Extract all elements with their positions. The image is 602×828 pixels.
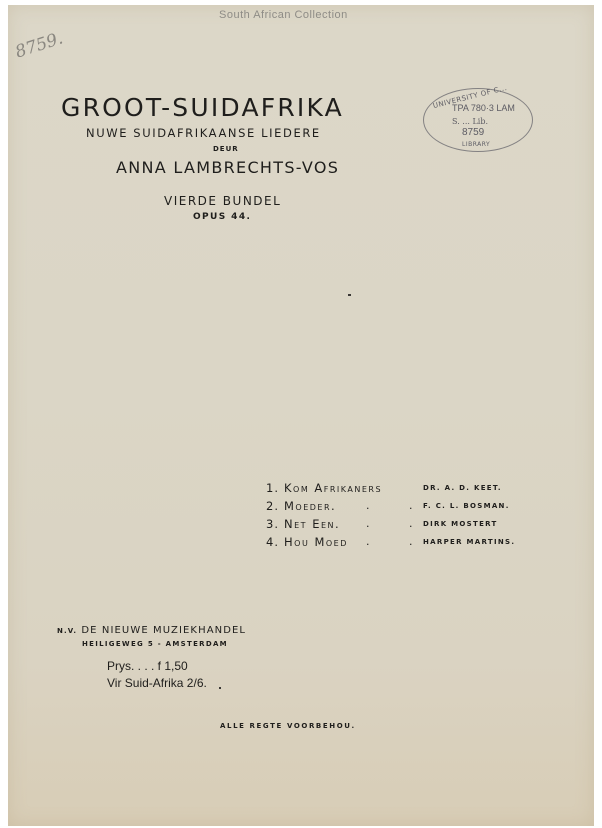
sheet-music-cover: South African Collection 8759. GROOT-SUI… xyxy=(8,5,594,826)
stamp-ring-bottom: LIBRARY xyxy=(462,141,490,148)
song-number: 1. xyxy=(266,481,279,495)
song-item: 4. Hou Moed . . HARPER MARTINS. xyxy=(266,535,536,553)
library-stamp: UNIVERSITY OF C... TPA 780·3 LAM S. ... … xyxy=(423,88,533,152)
cover-title: GROOT-SUIDAFRIKA xyxy=(61,93,344,122)
accession-number: 8759 xyxy=(462,127,484,138)
rights-notice: ALLE REGTE VOORBEHOU. xyxy=(220,722,356,730)
song-number: 2. xyxy=(266,499,279,513)
collection-label: VIERDE BUNDEL xyxy=(164,194,281,208)
leader-dots: . . xyxy=(366,499,431,512)
song-list: 1. Kom Afrikaners DR. A. D. KEET. 2. Moe… xyxy=(266,481,536,553)
publisher-prefix: N.V. xyxy=(57,627,77,635)
song-item: 3. Net Een. . . DIRK MOSTERT xyxy=(266,517,536,535)
ink-speck xyxy=(348,294,351,296)
song-number: 4. xyxy=(266,535,279,549)
song-item: 2. Moeder. . . F. C. L. BOSMAN. xyxy=(266,499,536,517)
song-title: Moeder. xyxy=(284,499,336,513)
price: Prys. . . . f 1,50 xyxy=(107,659,188,673)
song-item: 1. Kom Afrikaners DR. A. D. KEET. xyxy=(266,481,536,499)
by-label: DEUR xyxy=(213,145,239,153)
song-number: 3. xyxy=(266,517,279,531)
song-lyricist: DIRK MOSTERT xyxy=(423,520,498,528)
cover-subtitle: NUWE SUIDAFRIKAANSE LIEDERE xyxy=(86,126,321,140)
handwritten-number: 8759. xyxy=(13,28,65,62)
leader-dots: . . xyxy=(366,535,431,548)
publisher-label: DE NIEUWE MUZIEKHANDEL xyxy=(81,625,246,636)
composer-name: ANNA LAMBRECHTS-VOS xyxy=(116,158,339,177)
song-lyricist: F. C. L. BOSMAN. xyxy=(423,502,510,510)
stamp-lib-line: S. ... Lib. xyxy=(452,117,488,126)
song-title: Net Een. xyxy=(284,517,340,531)
song-title: Hou Moed xyxy=(284,535,348,549)
song-title: Kom Afrikaners xyxy=(284,481,382,495)
song-lyricist: DR. A. D. KEET. xyxy=(423,484,502,492)
ink-speck xyxy=(219,687,221,689)
publisher-name: N.V. DE NIEUWE MUZIEKHANDEL xyxy=(57,625,246,636)
opus-number: OPUS 44. xyxy=(193,212,251,222)
publisher-address: HEILIGEWEG 5 - AMSTERDAM xyxy=(82,640,228,648)
song-lyricist: HARPER MARTINS. xyxy=(423,538,515,546)
call-number: TPA 780·3 LAM xyxy=(452,103,515,113)
leader-dots: . . xyxy=(366,517,431,530)
price-south-africa: Vir Suid-Afrika 2/6. xyxy=(107,676,207,690)
collection-stamp: South African Collection xyxy=(219,9,348,21)
